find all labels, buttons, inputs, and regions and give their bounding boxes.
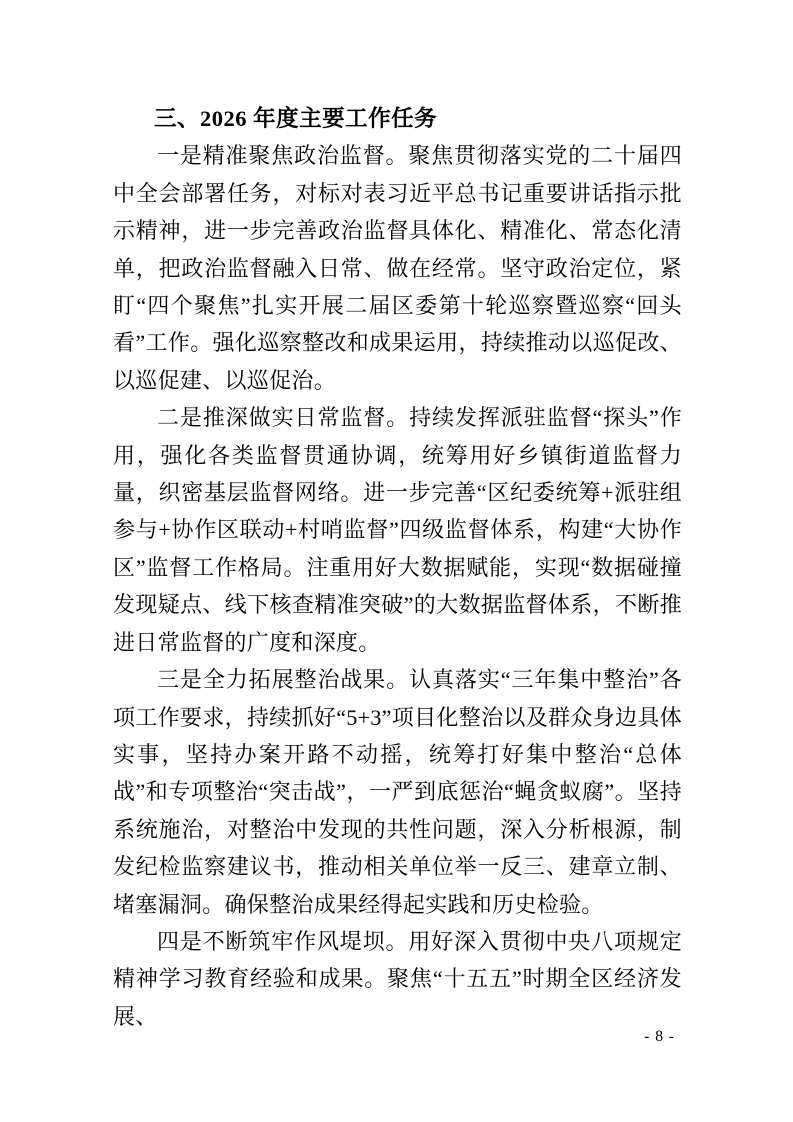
paragraph-4: 四是不断筑牢作风堤坝。用好深入贯彻中央八项规定精神学习教育经验和成果。聚焦“十五… <box>113 923 682 1035</box>
paragraph-3: 三是全力拓展整治战果。认真落实“三年集中整治”各项工作要求，持续抓好“5+3”项… <box>113 661 682 923</box>
paragraph-2: 二是推深做实日常监督。持续发挥派驻监督“探头”作用，强化各类监督贯通协调，统筹用… <box>113 399 682 661</box>
section-heading: 三、2026 年度主要工作任务 <box>113 100 682 137</box>
document-page: 三、2026 年度主要工作任务 一是精准聚焦政治监督。聚焦贯彻落实党的二十届四中… <box>0 0 793 1122</box>
page-number: - 8 - <box>644 1027 675 1047</box>
paragraph-1: 一是精准聚焦政治监督。聚焦贯彻落实党的二十届四中全会部署任务，对标对表习近平总书… <box>113 137 682 399</box>
document-body: 三、2026 年度主要工作任务 一是精准聚焦政治监督。聚焦贯彻落实党的二十届四中… <box>113 100 682 1035</box>
